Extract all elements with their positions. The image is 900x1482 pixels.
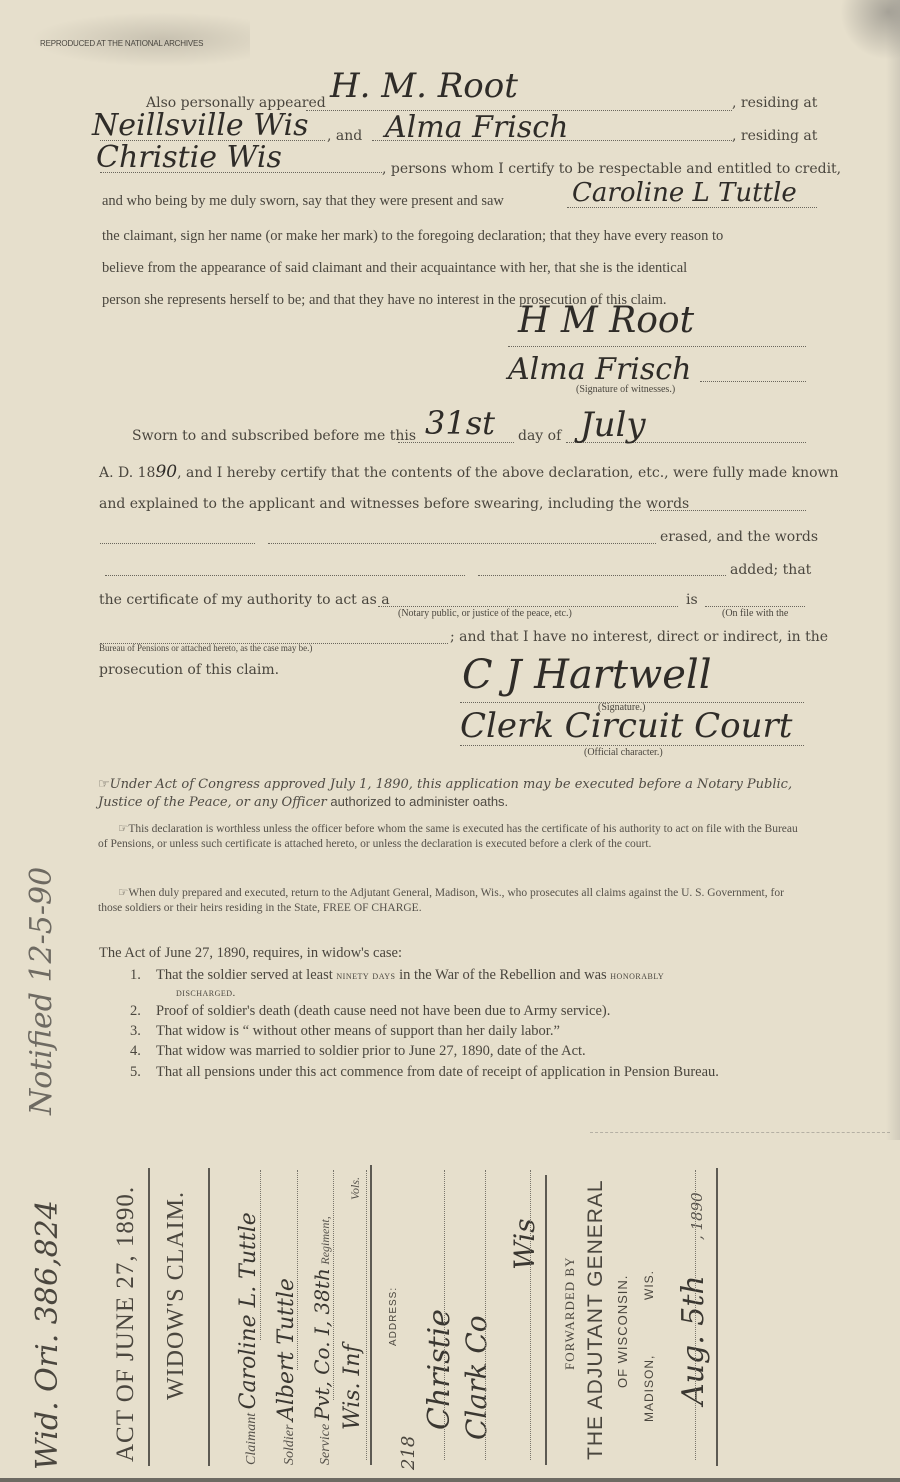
prosecution-label: prosecution of this claim.: [99, 662, 279, 678]
divider-1: [148, 1168, 150, 1466]
certify-text: , persons whom I certify to be respectab…: [382, 161, 841, 177]
residing-at-label-2: , residing at: [732, 128, 817, 144]
official-character: Clerk Circuit Court: [460, 706, 792, 746]
item-text: That widow was married to soldier prior …: [156, 1043, 586, 1059]
witness1-signature: H M Root: [518, 300, 694, 341]
page-bottom-edge: [0, 1478, 900, 1482]
added-label: added; that: [730, 562, 811, 578]
residing-at-label-1: , residing at: [732, 95, 817, 111]
note1-rest: authorized to administer oaths.: [327, 794, 508, 809]
adjutant-general: THE ADJUTANT GENERAL: [584, 1179, 608, 1460]
item-emphasis: ninety days: [336, 970, 395, 982]
day-value: 31st: [425, 404, 495, 442]
official-caption: (Official character.): [584, 747, 663, 758]
act-requirement-item: 3. That widow is “ without other means o…: [130, 1023, 560, 1040]
witness1-signature-line: [508, 346, 806, 347]
onfile-caption: (On file with the: [722, 608, 788, 619]
soldier-row: Soldier Albert Tuttle: [274, 1278, 299, 1465]
soldier-value: Albert Tuttle: [274, 1278, 299, 1421]
and-label: , and: [327, 128, 362, 144]
declaration-line-2: believe from the appearance of said clai…: [102, 260, 687, 277]
on-file-field: [705, 606, 805, 607]
month-value: July: [580, 405, 646, 445]
item-text: Proof of soldier's death (death cause ne…: [156, 1003, 610, 1019]
divider-5: [716, 1168, 718, 1466]
act-requirement-item: 2. Proof of soldier's death (death cause…: [130, 1003, 610, 1020]
address-field-3: [530, 1170, 531, 1460]
regiment-label: Regiment,: [318, 1216, 332, 1264]
forwarded-by: FORWARDED BY: [562, 1257, 578, 1371]
notary-caption: (Notary public, or justice of the peace,…: [398, 608, 572, 619]
day-of-label: day of: [518, 428, 561, 444]
fold-line: [590, 1132, 890, 1133]
witness2-signature: Alma Frisch: [508, 352, 691, 387]
words-included-field: [650, 510, 806, 511]
margin-note-notified: Notified 12-5-90: [24, 867, 59, 1115]
explained-line: and explained to the applicant and witne…: [99, 496, 689, 512]
claimant-name: Caroline L Tuttle: [572, 178, 797, 208]
item-continuation: discharged.: [176, 987, 236, 999]
witnesses-caption: (Signature of witnesses.): [576, 384, 675, 395]
forward-date: Aug. 5th: [676, 1275, 711, 1405]
claimant-row: Claimant Caroline L. Tuttle: [236, 1212, 261, 1465]
address-line-3: Wis: [508, 1218, 541, 1270]
file-number: Wid. Ori. 386,824: [30, 1200, 65, 1470]
item-text: That all pensions under this act commenc…: [156, 1064, 719, 1080]
erased-words-field-b: [268, 543, 656, 544]
added-words-field-b: [478, 575, 726, 576]
witness2-residence: Christie Wis: [96, 140, 282, 175]
item-number: 4.: [130, 1043, 156, 1060]
item-number: 5.: [130, 1064, 156, 1081]
item-text: in the War of the Rebellion and was: [395, 967, 610, 983]
added-words-field-a: [105, 575, 465, 576]
service-value: Pvt, Co. I, 38th: [310, 1268, 334, 1420]
official-character-line: [460, 745, 804, 746]
sworn-present-text: and who being by me duly sworn, say that…: [102, 193, 504, 210]
witness2-residence-field: [100, 172, 382, 173]
item-number: 1.: [130, 967, 156, 984]
service-field-2: [366, 1170, 367, 1460]
date-field: [695, 1170, 696, 1460]
note-return: ☞When duly prepared and executed, return…: [98, 886, 806, 916]
is-label: is: [686, 592, 698, 608]
divider-4: [545, 1175, 547, 1465]
officer-signature: C J Hartwell: [462, 652, 712, 698]
wis-label: WIS.: [642, 1270, 656, 1300]
certificate-label: the certificate of my authority to act a…: [99, 592, 390, 608]
act-requirement-item: 4. That widow was married to soldier pri…: [130, 1043, 586, 1060]
claimant-value: Caroline L. Tuttle: [236, 1212, 261, 1409]
item-number: 2.: [130, 1003, 156, 1020]
service-field: [333, 1170, 334, 1400]
witness2-signature-line: [700, 381, 806, 382]
witness1-residence: Neillsville Wis: [92, 108, 309, 143]
note-worthless: ☞This declaration is worthless unless th…: [98, 822, 806, 852]
soldier-label: Soldier: [282, 1425, 297, 1465]
day-field: [398, 442, 514, 443]
item-text: That widow is “ without other means of s…: [156, 1023, 560, 1039]
forward-year: , 1890: [688, 1192, 706, 1240]
soldier-field: [297, 1170, 298, 1370]
ad-prefix: A. D. 18: [99, 465, 155, 481]
witness1-name: H. M. Root: [330, 66, 518, 106]
note3-text: When duly prepared and executed, return …: [98, 887, 784, 914]
act-requirement-item: 1. That the soldier served at least nine…: [130, 967, 664, 984]
address-line-1: Christie: [422, 1309, 457, 1430]
act-heading: The Act of June 27, 1890, requires, in w…: [99, 945, 402, 962]
address-field-2: [485, 1170, 486, 1460]
service-row: Service Pvt, Co. I, 38th Regiment,: [310, 1216, 334, 1465]
item-number: 3.: [130, 1023, 156, 1040]
service-value-2: Wis. Inf: [340, 1344, 365, 1430]
divider-2: [208, 1168, 210, 1466]
bureau-caption: Bureau of Pensions or attached hereto, a…: [99, 643, 312, 653]
scanned-document-page: REPRODUCED AT THE NATIONAL ARCHIVES Also…: [0, 0, 900, 1482]
of-wisconsin: OF WISCONSIN.: [615, 1275, 630, 1388]
erased-words-field-a: [100, 543, 255, 544]
archive-stamp: REPRODUCED AT THE NATIONAL ARCHIVES: [40, 39, 203, 48]
pointing-hand-icon: ☞: [98, 776, 110, 791]
year-value: 90: [155, 462, 177, 482]
claimant-label: Claimant: [244, 1413, 259, 1465]
service-label: Service: [318, 1424, 333, 1465]
item-emphasis: honorably: [610, 970, 664, 982]
authority-type-field: [378, 606, 678, 607]
pointing-hand-icon: ☞: [118, 823, 128, 835]
act-requirement-item: 5. That all pensions under this act comm…: [130, 1064, 719, 1081]
erased-label: erased, and the words: [660, 529, 818, 545]
declaration-line-1: the claimant, sign her name (or make her…: [102, 228, 723, 245]
divider-3: [370, 1165, 372, 1465]
address-field-1: [444, 1170, 445, 1460]
address-label: ADDRESS:: [388, 1287, 399, 1346]
claimant-field: [260, 1170, 261, 1340]
ad-year-line: A. D. 1890, and I hereby certify that th…: [99, 462, 839, 482]
claim-title: WIDOW'S CLAIM.: [163, 1191, 190, 1400]
sworn-label: Sworn to and subscribed before me this: [132, 428, 416, 444]
certify-contents: , and I hereby certify that the contents…: [177, 465, 838, 481]
note2-text: This declaration is worthless unless the…: [98, 823, 798, 850]
madison-label: MADISON,: [642, 1355, 656, 1422]
act-title: ACT OF JUNE 27, 1890.: [112, 1186, 140, 1462]
vols-label: Vols.: [348, 1177, 363, 1200]
address-line-2: Clark Co: [460, 1315, 493, 1440]
witness2-name: Alma Frisch: [385, 110, 568, 145]
note-act-of-congress: ☞Under Act of Congress approved July 1, …: [98, 775, 810, 811]
pointing-hand-icon: ☞: [118, 887, 128, 899]
page-edge-shadow: [886, 0, 900, 1140]
item-text: That the soldier served at least: [156, 967, 336, 983]
interest-line: ; and that I have no interest, direct or…: [450, 629, 828, 645]
address-number: 218: [398, 1436, 419, 1470]
